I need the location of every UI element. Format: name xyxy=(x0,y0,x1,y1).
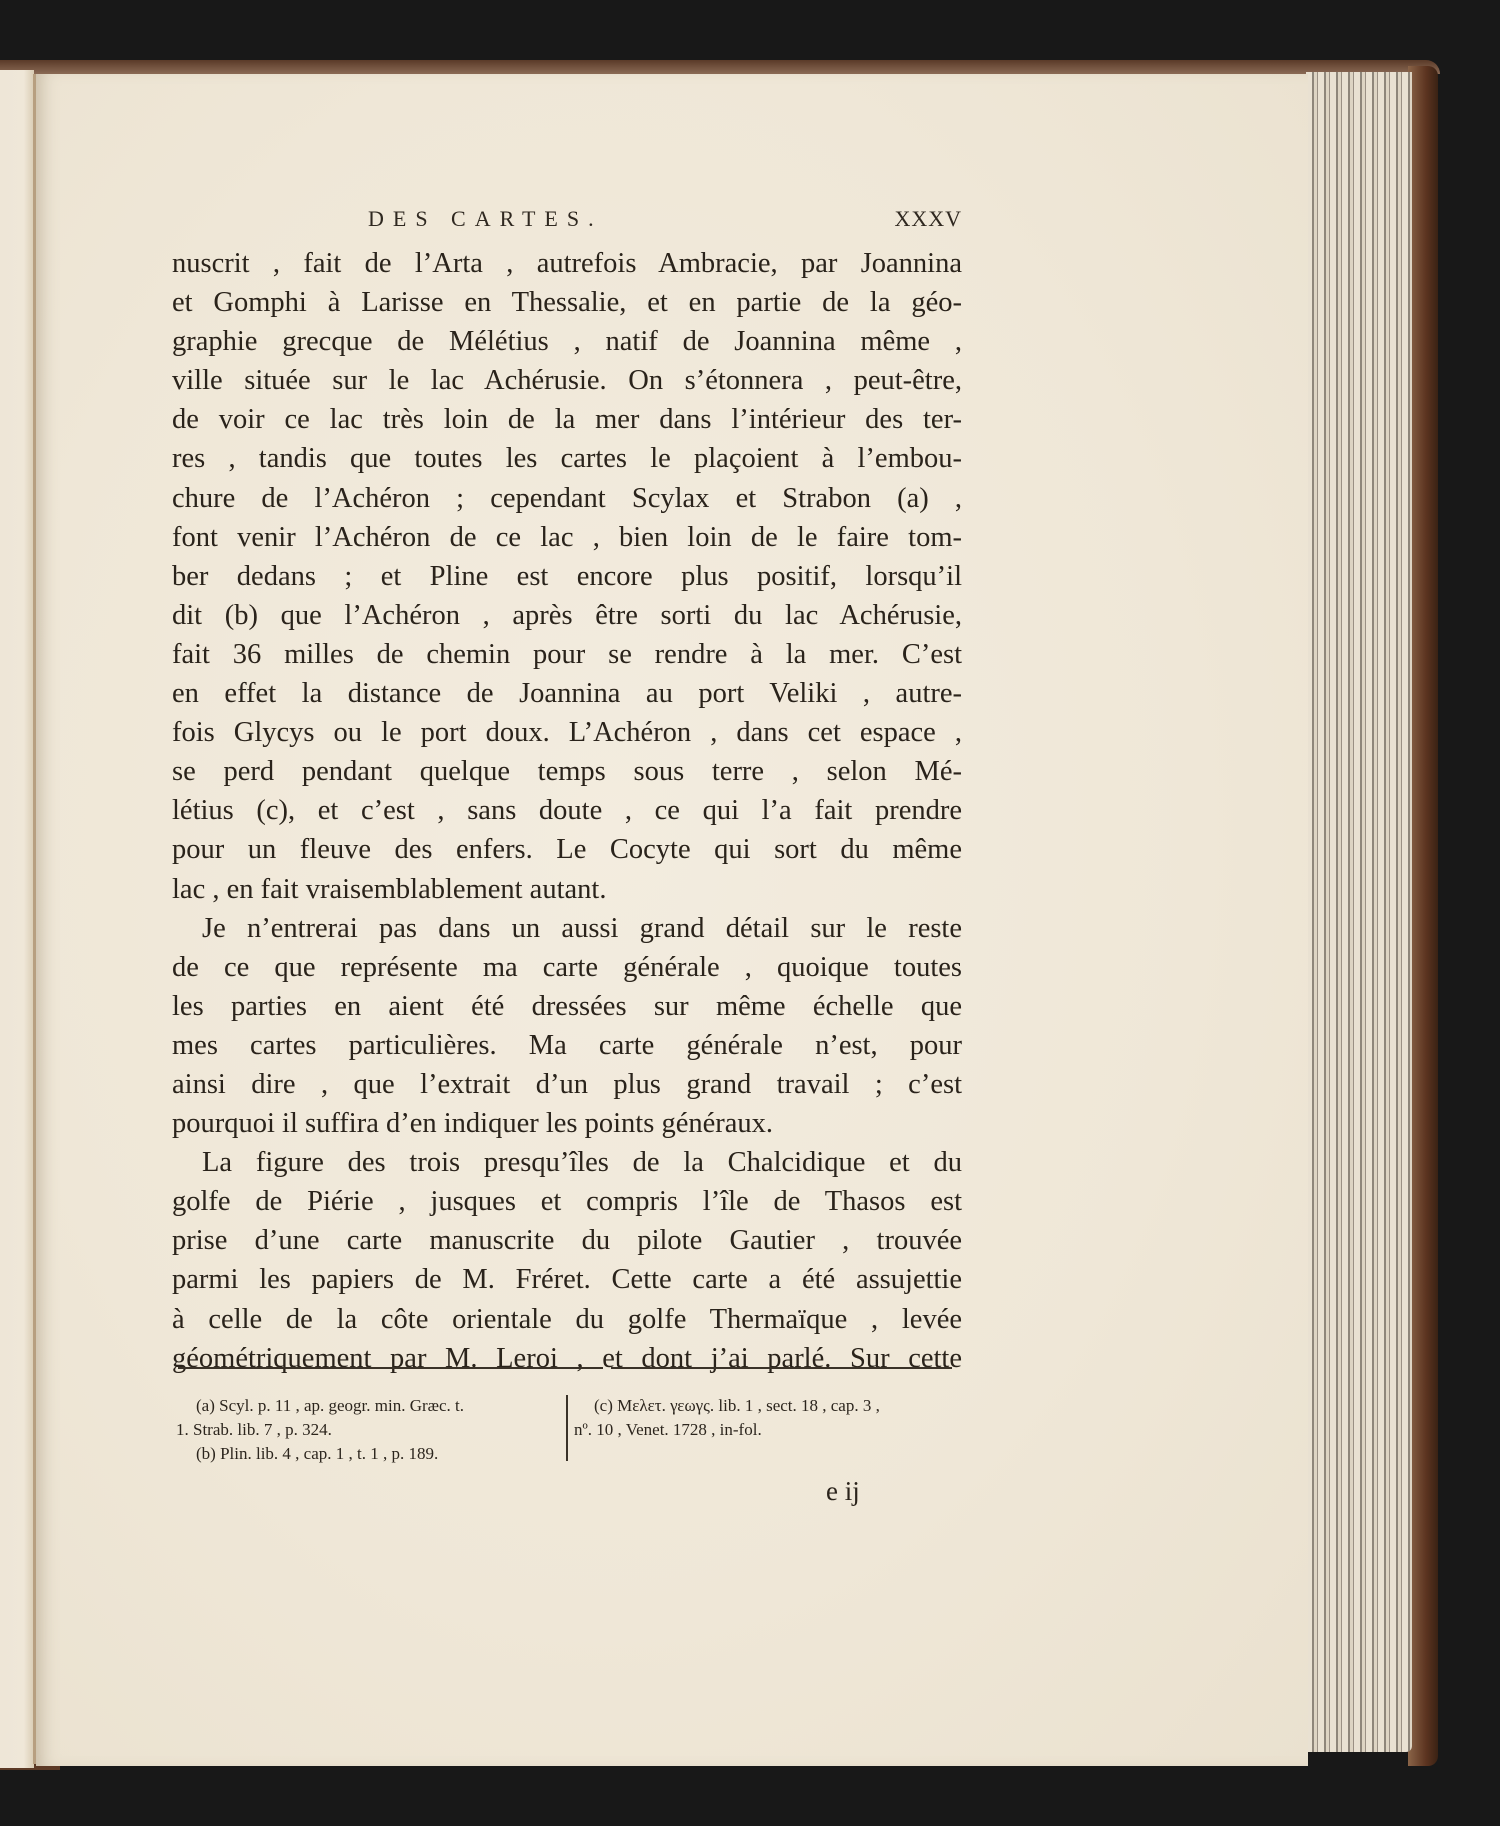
text-line: chure de l’Achéron ; cependant Scylax et… xyxy=(172,479,962,518)
printer-signature: e ij xyxy=(826,1476,860,1507)
footnotes-right: (c) Μελετ. γεωγς. lib. 1 , sect. 18 , ca… xyxy=(574,1394,956,1442)
footnote-rule-left xyxy=(178,1367,603,1369)
page-number: XXXV xyxy=(894,206,962,232)
text-line: à celle de la côte orientale du golfe Th… xyxy=(172,1300,962,1339)
running-title: DES CARTES. xyxy=(368,206,603,232)
text-line: et Gomphi à Larisse en Thessalie, et en … xyxy=(172,283,962,322)
text-line: graphie grecque de Mélétius , natif de J… xyxy=(172,322,962,361)
text-line: fois Glycys ou le port doux. L’Achéron ,… xyxy=(172,713,962,752)
text-line: La figure des trois presqu’îles de la Ch… xyxy=(172,1143,962,1182)
body-text: nuscrit , fait de l’Arta , autrefois Amb… xyxy=(172,244,962,1378)
text-line: prise d’une carte manuscrite du pilote G… xyxy=(172,1221,962,1260)
text-line: les parties en aient été dressées sur mê… xyxy=(172,987,962,1026)
text-line: font venir l’Achéron de ce lac , bien lo… xyxy=(172,518,962,557)
text-line: de voir ce lac très loin de la mer dans … xyxy=(172,400,962,439)
running-head: DES CARTES. XXXV xyxy=(172,206,962,236)
text-line: ber dedans ; et Pline est encore plus po… xyxy=(172,557,962,596)
text-line: ainsi dire , que l’extrait d’un plus gra… xyxy=(172,1065,962,1104)
text-line: lac , en fait vraisemblablement autant. xyxy=(172,870,962,909)
text-line: ville située sur le lac Achérusie. On s’… xyxy=(172,361,962,400)
footnote-c-cont: nº. 10 , Venet. 1728 , in-fol. xyxy=(574,1418,956,1442)
page-edges xyxy=(1306,72,1412,1752)
facing-page-edge xyxy=(0,70,34,1768)
text-line: de ce que représente ma carte générale ,… xyxy=(172,948,962,987)
text-line: parmi les papiers de M. Fréret. Cette ca… xyxy=(172,1260,962,1299)
footnote-c: (c) Μελετ. γεωγς. lib. 1 , sect. 18 , ca… xyxy=(574,1394,956,1418)
text-line: en effet la distance de Joannina au port… xyxy=(172,674,962,713)
text-line: mes cartes particulières. Ma carte génér… xyxy=(172,1026,962,1065)
text-line: se perd pendant quelque temps sous terre… xyxy=(172,752,962,791)
footnote-a: (a) Scyl. p. 11 , ap. geogr. min. Græc. … xyxy=(176,1394,561,1418)
footnote-rule-right xyxy=(611,1367,952,1369)
text-line: Je n’entrerai pas dans un aussi grand dé… xyxy=(172,909,962,948)
footnote-b: (b) Plin. lib. 4 , cap. 1 , t. 1 , p. 18… xyxy=(176,1442,561,1466)
text-line: nuscrit , fait de l’Arta , autrefois Amb… xyxy=(172,244,962,283)
text-line: pour un fleuve des enfers. Le Cocyte qui… xyxy=(172,830,962,869)
text-line: res , tandis que toutes les cartes le pl… xyxy=(172,439,962,478)
text-line: pourquoi il suffira d’en indiquer les po… xyxy=(172,1104,962,1143)
footnotes-left: (a) Scyl. p. 11 , ap. geogr. min. Græc. … xyxy=(176,1394,561,1466)
text-line: géométriquement par M. Leroi , et dont j… xyxy=(172,1339,962,1378)
text-line: létius (c), et c’est , sans doute , ce q… xyxy=(172,791,962,830)
book-scan: DES CARTES. XXXV nuscrit , fait de l’Art… xyxy=(0,0,1500,1826)
text-line: fait 36 milles de chemin pour se rendre … xyxy=(172,635,962,674)
binding-top xyxy=(0,60,1440,74)
binding-board xyxy=(1408,66,1438,1766)
footnote-column-divider xyxy=(566,1395,568,1461)
text-line: dit (b) que l’Achéron , après être sorti… xyxy=(172,596,962,635)
footnote-a-cont: 1. Strab. lib. 7 , p. 324. xyxy=(176,1418,561,1442)
text-line: golfe de Piérie , jusques et compris l’î… xyxy=(172,1182,962,1221)
